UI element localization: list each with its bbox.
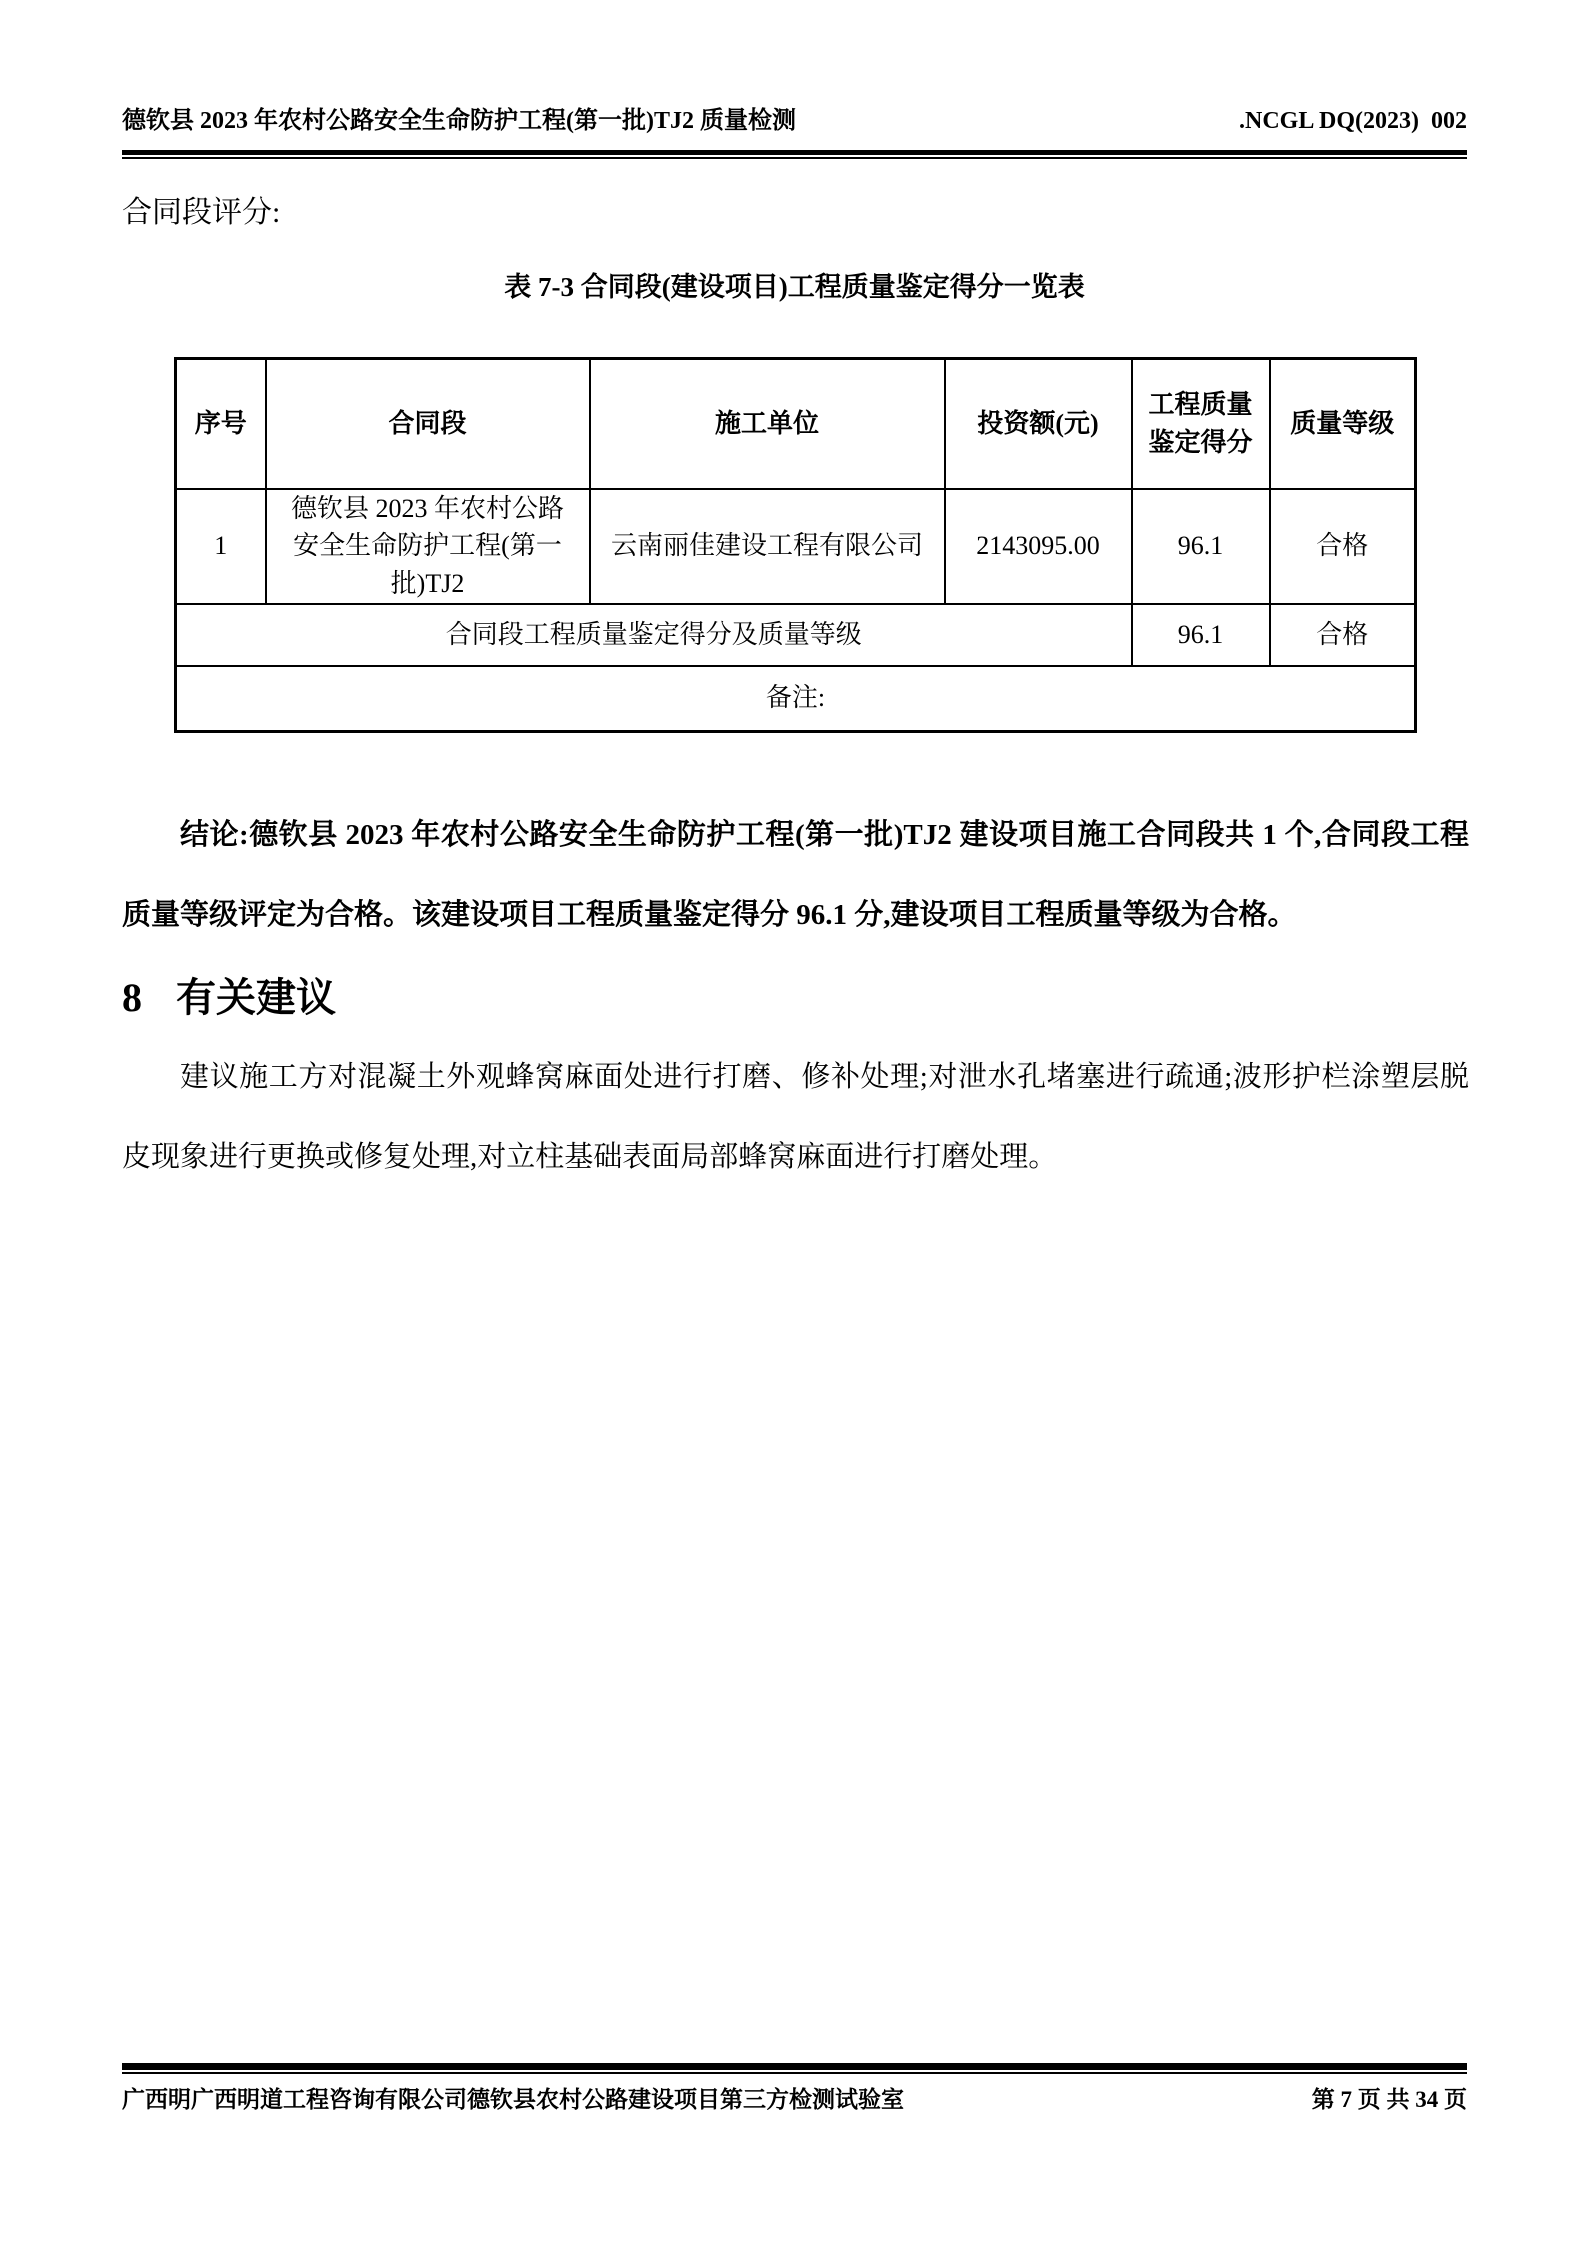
cell-score: 96.1	[1132, 489, 1270, 604]
footer-organization: 广西明广西明道工程咨询有限公司德钦县农村公路建设项目第三方检测试验室	[122, 2084, 904, 2116]
section-8-paragraph: 建议施工方对混凝土外观蜂窝麻面处进行打磨、修补处理;对泄水孔堵塞进行疏通;波形护…	[122, 1037, 1469, 1197]
footer-rule	[122, 2063, 1467, 2074]
conclusion-paragraph: 结论:德钦县 2023 年农村公路安全生命防护工程(第一批)TJ2 建设项目施工…	[122, 795, 1469, 955]
score-table: 序号 合同段 施工单位 投资额(元) 工程质量鉴定得分 质量等级 1 德钦县 2…	[174, 357, 1417, 733]
summary-label-cell: 合同段工程质量鉴定得分及质量等级	[176, 604, 1132, 666]
table-header-row: 序号 合同段 施工单位 投资额(元) 工程质量鉴定得分 质量等级	[176, 359, 1416, 489]
footer-page-number: 第 7 页 共 34 页	[1312, 2084, 1467, 2116]
cell-grade: 合格	[1270, 489, 1416, 604]
cell-contractor: 云南丽佳建设工程有限公司	[590, 489, 945, 604]
summary-grade-cell: 合格	[1270, 604, 1416, 666]
col-header-investment: 投资额(元)	[945, 359, 1132, 489]
cell-contract-section: 德钦县 2023 年农村公路安全生命防护工程(第一批)TJ2	[266, 489, 590, 604]
table-row: 1 德钦县 2023 年农村公路安全生命防护工程(第一批)TJ2 云南丽佳建设工…	[176, 489, 1416, 604]
table-summary-row: 合同段工程质量鉴定得分及质量等级 96.1 合格	[176, 604, 1416, 666]
table-title: 表 7-3 合同段(建设项目)工程质量鉴定得分一览表	[122, 269, 1467, 305]
col-header-score: 工程质量鉴定得分	[1132, 359, 1270, 489]
footer-text-row: 广西明广西明道工程咨询有限公司德钦县农村公路建设项目第三方检测试验室 第 7 页…	[122, 2084, 1467, 2116]
table-remark-row: 备注:	[176, 666, 1416, 732]
col-header-contractor: 施工单位	[590, 359, 945, 489]
section-8-number: 8	[122, 975, 142, 1020]
page-header: 德钦县 2023 年农村公路安全生命防护工程(第一批)TJ2 质量检测 .NCG…	[122, 104, 1467, 138]
col-header-index: 序号	[176, 359, 266, 489]
page-footer: 广西明广西明道工程咨询有限公司德钦县农村公路建设项目第三方检测试验室 第 7 页…	[122, 2063, 1467, 2116]
section-8-title: 有关建议	[176, 975, 336, 1020]
section-8-heading: 8有关建议	[122, 973, 1467, 1023]
document-page: 德钦县 2023 年农村公路安全生命防护工程(第一批)TJ2 质量检测 .NCG…	[0, 0, 1587, 2245]
col-header-contract-section: 合同段	[266, 359, 590, 489]
cell-investment: 2143095.00	[945, 489, 1132, 604]
remark-cell: 备注:	[176, 666, 1416, 732]
summary-score-cell: 96.1	[1132, 604, 1270, 666]
cell-index: 1	[176, 489, 266, 604]
section-label: 合同段评分:	[122, 193, 1467, 233]
header-rule	[122, 150, 1467, 159]
header-doc-number: .NCGL DQ(2023) 002	[1239, 104, 1467, 138]
header-title: 德钦县 2023 年农村公路安全生命防护工程(第一批)TJ2 质量检测	[122, 104, 796, 138]
col-header-grade: 质量等级	[1270, 359, 1416, 489]
